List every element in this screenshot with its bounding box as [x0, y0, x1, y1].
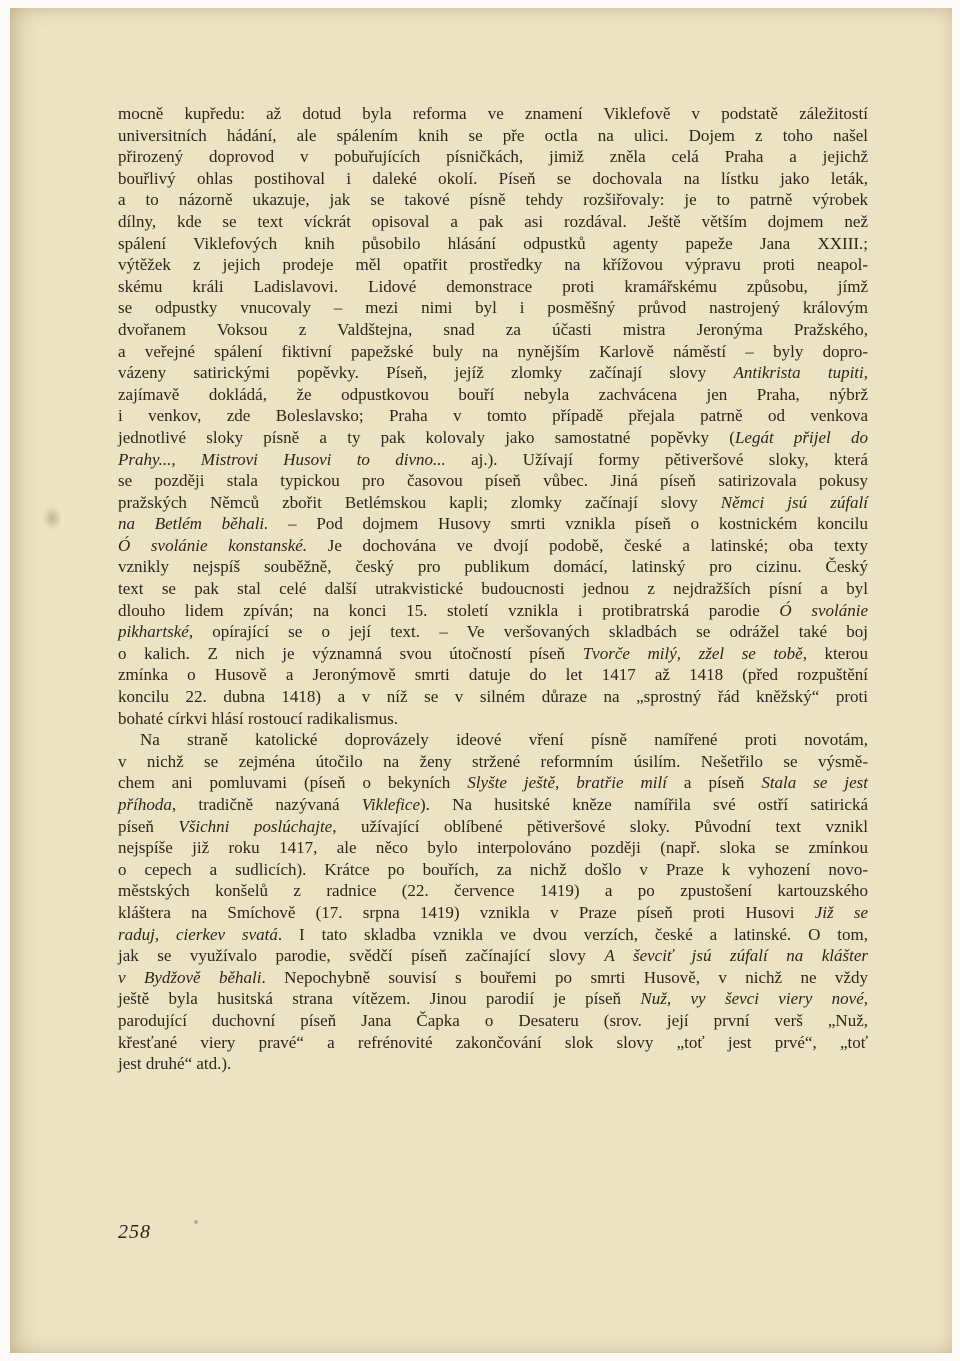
song-title-italic: Prahy..., Mistrovi Husovi to divno...: [118, 450, 446, 469]
text-segment: ,: [864, 363, 868, 382]
text-segment: parodující duchovní píseň Jana Čapka o D…: [118, 1011, 868, 1030]
paper-smudge: [42, 506, 62, 530]
text-segment: text se pak stal celé další utrakvistick…: [118, 579, 868, 598]
text-line: koncilu 22. dubna 1418) a v níž se v sil…: [118, 686, 868, 708]
text-line: o cepech a sudlicích). Krátce po bouřích…: [118, 859, 868, 881]
text-segment: křesťané viery pravé“ a refrénovité zako…: [118, 1033, 868, 1052]
text-segment: bohaté církvi hlásí rostoucí radikalismu…: [118, 709, 398, 728]
text-line: na Betlém běhali. – Pod dojmem Husovy sm…: [118, 513, 868, 535]
text-line: parodující duchovní píseň Jana Čapka o D…: [118, 1010, 868, 1032]
text-segment: kláštera na Smíchově (17. srpna 1419) vz…: [118, 903, 815, 922]
text-line: chem ani pomluvami (píseň o bekyních Sly…: [118, 772, 868, 794]
text-line: o kalich. Z nich je významná svou útočno…: [118, 643, 868, 665]
text-line: zajímavě dokládá, že odpustkovou bouří n…: [118, 384, 868, 406]
text-segment: jest druhé“ atd.).: [118, 1054, 231, 1073]
text-line: jak se využívalo parodie, svědčí píseň z…: [118, 945, 868, 967]
text-segment: se později stala typickou pro časovou pí…: [118, 471, 868, 490]
text-line: i venkov, zde Boleslavsko; Praha v tomto…: [118, 405, 868, 427]
text-segment: dlouho lidem zpíván; na konci 15. stolet…: [118, 601, 779, 620]
text-segment: , tradičně nazývaná: [172, 795, 362, 814]
text-line: Ó svolánie konstanské. Je dochována ve d…: [118, 535, 868, 557]
text-line: v Bydžově běhali. Nepochybně souvisí s b…: [118, 967, 868, 989]
song-title-italic: na Betlém běhali.: [118, 514, 268, 533]
text-segment: městských konšelů z radnice (22. červenc…: [118, 881, 868, 900]
text-segment: jednotlivé sloky písně a ty pak kolovaly…: [118, 428, 735, 447]
text-segment: a to názorně ukazuje, jak se takové písn…: [118, 190, 868, 209]
text-segment: mocně kupředu: až dotud byla reforma ve …: [118, 104, 868, 123]
text-line: v nichž se zejména útočilo na ženy strže…: [118, 751, 868, 773]
text-segment: . I tato skladba vznikla ve dvou verzích…: [278, 925, 868, 944]
text-line: jest druhé“ atd.).: [118, 1053, 868, 1075]
text-line: výtěžek z jejich prodeje měl opatřit pro…: [118, 254, 868, 276]
song-title-italic: příhoda: [118, 795, 172, 814]
text-line: Na straně katolické doprovázely ideové v…: [118, 729, 868, 751]
text-segment: vázeny satirickými popěvky. Píseň, jejíž…: [118, 363, 734, 382]
text-line: příhoda, tradičně nazývaná Viklefice). N…: [118, 794, 868, 816]
text-segment: píseň: [118, 817, 178, 836]
text-line: se později stala typickou pro časovou pí…: [118, 470, 868, 492]
text-line: ještě byla husitská strana vítězem. Jino…: [118, 988, 868, 1010]
text-segment: Je dochována ve dvojí podobě, české a la…: [307, 536, 868, 555]
song-title-italic: raduj, cierkev svatá: [118, 925, 278, 944]
text-line: pikhartské, opírající se o její text. – …: [118, 621, 868, 643]
song-title-italic: Ó svolánie konstanské.: [118, 536, 307, 555]
text-segment: Na straně katolické doprovázely ideové v…: [140, 730, 868, 749]
text-segment: přirozený doprovod v pobuřujících písnič…: [118, 147, 868, 166]
text-line: kláštera na Smíchově (17. srpna 1419) vz…: [118, 902, 868, 924]
text-line: mocně kupředu: až dotud byla reforma ve …: [118, 103, 868, 125]
text-segment: o kalich. Z nich je významná svou útočno…: [118, 644, 583, 663]
text-line: křesťané viery pravé“ a refrénovité zako…: [118, 1032, 868, 1054]
song-title-italic: Stala se jest: [761, 773, 868, 792]
text-line: bohaté církvi hlásí rostoucí radikalismu…: [118, 708, 868, 730]
text-line: vázeny satirickými popěvky. Píseň, jejíž…: [118, 362, 868, 384]
text-line: přirozený doprovod v pobuřujících písnič…: [118, 146, 868, 168]
text-segment: nejspíše již roku 1417, ale něco bylo in…: [118, 838, 868, 857]
text-line: universitních hádání, ale spálením knih …: [118, 125, 868, 147]
text-segment: universitních hádání, ale spálením knih …: [118, 126, 868, 145]
text-line: Prahy..., Mistrovi Husovi to divno... aj…: [118, 449, 868, 471]
song-title-italic: Slyšte ještě, bratřie milí: [467, 773, 667, 792]
text-line: vznikly nejspíš souběžně, český pro publ…: [118, 556, 868, 578]
page-number: 258: [118, 1221, 151, 1244]
text-line: dlouho lidem zpíván; na konci 15. stolet…: [118, 600, 868, 622]
song-title-italic: pikhartské: [118, 622, 189, 641]
text-line: pražských Němců zbořit Betlémskou kapli;…: [118, 492, 868, 514]
text-segment: výtěžek z jejich prodeje měl opatřit pro…: [118, 255, 868, 274]
text-line: jednotlivé sloky písně a ty pak kolovaly…: [118, 427, 868, 449]
text-segment: dvořanem Voksou z Valdštejna, snad za úč…: [118, 320, 868, 339]
text-segment: zmínka o Husově a Jeronýmově smrti datuj…: [118, 665, 868, 684]
song-title-italic: Legát přijel do: [735, 428, 868, 447]
text-line: raduj, cierkev svatá. I tato skladba vzn…: [118, 924, 868, 946]
text-segment: ,: [864, 989, 868, 1008]
scan-root: { "colors": { "paper": "#ece2c4", "ink":…: [0, 0, 960, 1361]
text-segment: aj.). Užívají formy pětiveršové sloky, k…: [446, 450, 868, 469]
text-line: píseň Všichni poslúchajte, užívající obl…: [118, 816, 868, 838]
text-segment: a píseň: [667, 773, 761, 792]
text-segment: zajímavě dokládá, že odpustkovou bouří n…: [118, 385, 868, 404]
text-segment: – Pod dojmem Husovy smrti vznikla píseň …: [268, 514, 868, 533]
text-segment: koncilu 22. dubna 1418) a v níž se v sil…: [118, 687, 868, 706]
text-segment: skému králi Ladislavovi. Lidové demonstr…: [118, 277, 868, 296]
text-segment: , opírající se o její text. – Ve veršova…: [189, 622, 868, 641]
text-line: zmínka o Husově a Jeronýmově smrti datuj…: [118, 664, 868, 686]
text-segment: jak se využívalo parodie, svědčí píseň z…: [118, 946, 604, 965]
text-segment: , kterou: [803, 644, 868, 663]
text-segment: v nichž se zejména útočilo na ženy strže…: [118, 752, 868, 771]
text-block: mocně kupředu: až dotud byla reforma ve …: [118, 103, 868, 1075]
song-title-italic: Němci jsú zúfalí: [721, 493, 868, 512]
song-title-italic: Tvorče milý, zžel se tobě: [583, 644, 803, 663]
text-segment: vznikly nejspíš souběžně, český pro publ…: [118, 557, 868, 576]
text-segment: dílny, kde se text víckrát opisoval a pa…: [118, 212, 868, 231]
text-segment: pražských Němců zbořit Betlémskou kapli;…: [118, 493, 721, 512]
text-line: se odpustky vnucovaly – mezi nimi byl i …: [118, 297, 868, 319]
text-segment: i venkov, zde Boleslavsko; Praha v tomto…: [118, 406, 868, 425]
text-segment: spálení Viklefových knih působilo hlásán…: [118, 234, 868, 253]
text-segment: chem ani pomluvami (píseň o bekyních: [118, 773, 467, 792]
text-segment: se odpustky vnucovaly – mezi nimi byl i …: [118, 298, 868, 317]
text-segment: bouřlivý ohlas postihoval i daleké okolí…: [118, 169, 868, 188]
text-line: a to názorně ukazuje, jak se takové písn…: [118, 189, 868, 211]
paper-speck: [194, 1220, 198, 1224]
text-line: a veřejné spálení fiktivní papežské buly…: [118, 341, 868, 363]
text-line: bouřlivý ohlas postihoval i daleké okolí…: [118, 168, 868, 190]
text-line: text se pak stal celé další utrakvistick…: [118, 578, 868, 600]
text-line: městských konšelů z radnice (22. červenc…: [118, 880, 868, 902]
song-title-italic: Ó svolánie: [779, 601, 868, 620]
song-title-italic: Všichni poslúchajte: [178, 817, 332, 836]
text-segment: a veřejné spálení fiktivní papežské buly…: [118, 342, 868, 361]
text-line: dílny, kde se text víckrát opisoval a pa…: [118, 211, 868, 233]
text-segment: ). Na husitské kněze namířila své ostří …: [420, 795, 868, 814]
text-segment: o cepech a sudlicích). Krátce po bouřích…: [118, 860, 868, 879]
song-title-italic: Antikrista tupiti: [734, 363, 864, 382]
text-segment: , užívající oblíbené pětiveršové sloky. …: [332, 817, 868, 836]
text-segment: ještě byla husitská strana vítězem. Jino…: [118, 989, 640, 1008]
text-line: skému králi Ladislavovi. Lidové demonstr…: [118, 276, 868, 298]
song-title-italic: Již se: [815, 903, 868, 922]
text-line: spálení Viklefových knih působilo hlásán…: [118, 233, 868, 255]
book-page: mocně kupředu: až dotud byla reforma ve …: [10, 8, 952, 1353]
song-title-italic: Nuž, vy ševci viery nové: [640, 989, 863, 1008]
text-line: dvořanem Voksou z Valdštejna, snad za úč…: [118, 319, 868, 341]
song-title-italic: v Bydžově běhali: [118, 968, 261, 987]
song-title-italic: A ševciť jsú zúfalí na klášter: [604, 946, 868, 965]
song-title-italic: Viklefice: [362, 795, 420, 814]
text-segment: . Nepochybně souvisí s bouřemi po smrti …: [261, 968, 868, 987]
text-line: nejspíše již roku 1417, ale něco bylo in…: [118, 837, 868, 859]
